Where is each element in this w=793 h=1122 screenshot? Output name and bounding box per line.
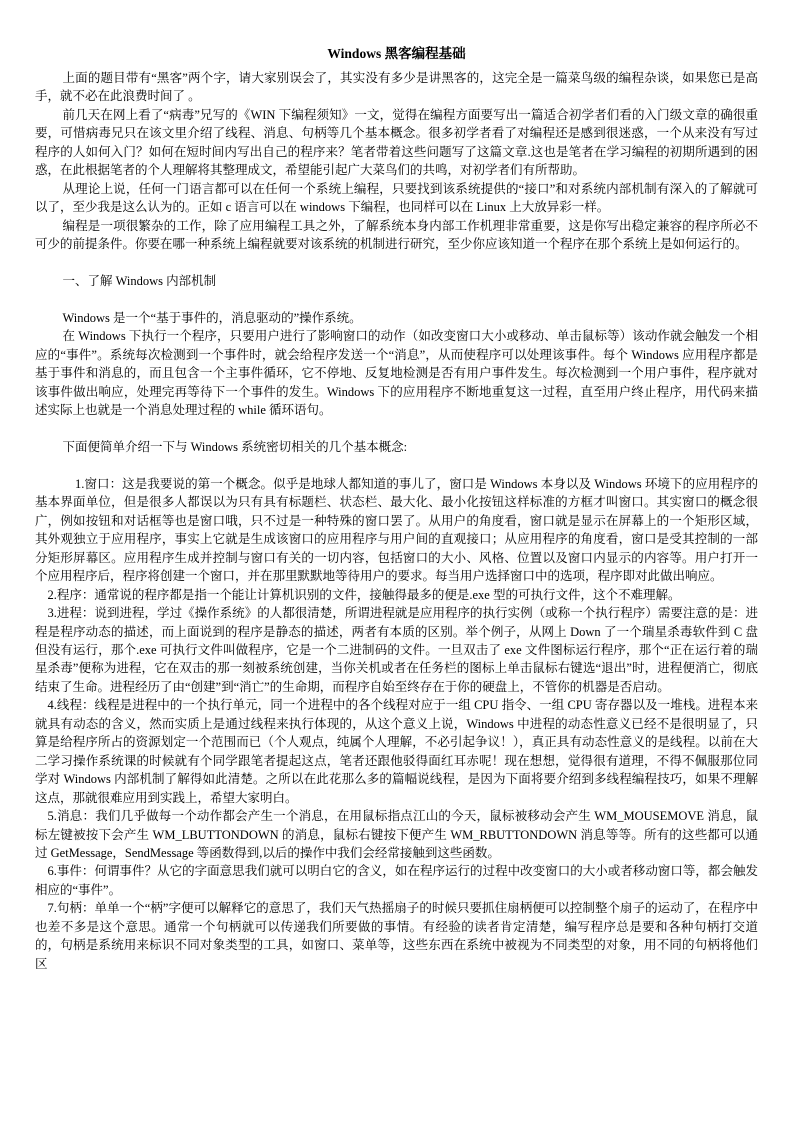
blank-line [35, 290, 758, 308]
document-content: 上面的题目带有“黑客”两个字，请大家别误会了，其实没有多少是讲黑客的，这完全是一… [35, 69, 758, 973]
paragraph: 从理论上说，任何一门语言都可以在任何一个系统上编程，只要找到该系统提供的“接口”… [35, 180, 758, 217]
paragraph: 在 Windows 下执行一个程序，只要用户进行了影响窗口的动作（如改变窗口大小… [35, 327, 758, 419]
blank-line [35, 254, 758, 272]
paragraph: 下面便简单介绍一下与 Windows 系统密切相关的几个基本概念: [35, 438, 758, 456]
paragraph: 编程是一项很繁杂的工作，除了应用编程工具之外，了解系统本身内部工作机理非常重要，… [35, 217, 758, 254]
document-page: Windows 黑客编程基础 上面的题目带有“黑客”两个字，请大家别误会了，其实… [0, 0, 793, 1122]
concept-item-2: 2.程序：通常说的程序都是指一个能让计算机识别的文件，接触得最多的便是.exe … [35, 586, 758, 604]
concept-item-7: 7.句柄：单单一个“柄”字便可以解释它的意思了，我们天气热摇扇子的时候只要抓住扇… [35, 899, 758, 973]
concept-item-6: 6.事件：何谓事件？从它的字面意思我们就可以明白它的含义，如在程序运行的过程中改… [35, 862, 758, 899]
blank-line [35, 420, 758, 438]
paragraph: 前几天在网上看了“病毒”兄写的《WIN 下编程须知》一文，觉得在编程方面要写出一… [35, 106, 758, 180]
concept-item-3: 3.进程：说到进程，学过《操作系统》的人都很清楚，所谓进程就是应用程序的执行实例… [35, 604, 758, 696]
section-heading: 一、了解 Windows 内部机制 [35, 272, 758, 290]
page-title: Windows 黑客编程基础 [35, 44, 758, 64]
paragraph: Windows 是一个“基于事件的，消息驱动的”操作系统。 [35, 309, 758, 327]
concept-item-5: 5.消息：我们几乎做每一个动作都会产生一个消息，在用鼠标指点江山的今天，鼠标被移… [35, 807, 758, 862]
concept-item-1: 1.窗口：这是我要说的第一个概念。似乎是地球人都知道的事儿了，窗口是 Windo… [35, 475, 758, 586]
blank-line [35, 456, 758, 474]
paragraph: 上面的题目带有“黑客”两个字，请大家别误会了，其实没有多少是讲黑客的，这完全是一… [35, 69, 758, 106]
concept-item-4: 4.线程：线程是进程中的一个执行单元，同一个进程中的各个线程对应于一组 CPU … [35, 696, 758, 807]
